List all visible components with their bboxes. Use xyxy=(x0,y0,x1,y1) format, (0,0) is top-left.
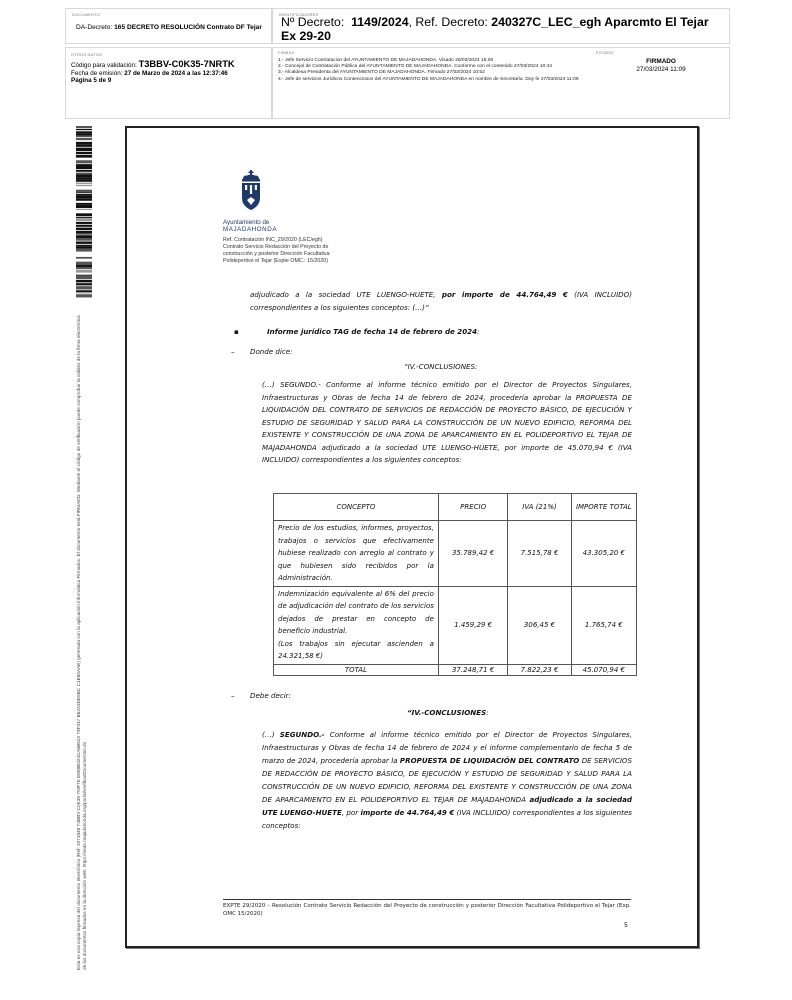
firmas-label: FIRMAS xyxy=(278,50,294,55)
col-iva: IVA (21%) xyxy=(508,494,571,521)
col-precio: PRECIO xyxy=(438,494,507,521)
logo-text-majadahonda: MAJADAHONDA xyxy=(223,226,277,233)
verification-side-text: Esta es una copia impresa del documento … xyxy=(76,310,88,970)
documento-title: DA-Decreto: 165 DECRETO RESOLUCIÓN Contr… xyxy=(76,23,266,32)
conclusiones-heading-1: “IV.-CONCLUSIONES: xyxy=(404,362,477,371)
conclusiones-heading-2: “IV.-CONCLUSIONES: xyxy=(407,708,489,717)
footer-divider xyxy=(223,899,631,900)
documento-label: DOCUMENTO xyxy=(72,12,100,17)
estado-panel: ESTADO FIRMADO 27/03/2024 11:09 xyxy=(592,47,730,119)
status-badge: FIRMADO xyxy=(646,58,676,65)
col-importe-total: IMPORTE TOTAL xyxy=(571,494,636,521)
emission-date: 27 de Marzo de 2024 a las 12:37:46 xyxy=(124,70,228,77)
firma-item: 4.- Jefe de servicios Jurídicos Contenci… xyxy=(278,77,588,83)
intro-paragraph: adjudicado a la sociedad UTE LUENGO-HUET… xyxy=(250,289,632,314)
col-concepto: CONCEPTO xyxy=(274,494,439,521)
table-header-row: CONCEPTO PRECIO IVA (21%) IMPORTE TOTAL xyxy=(274,494,637,521)
decreto-identifier: Nº Decreto: 1149/2024, Ref. Decreto: 240… xyxy=(281,16,721,43)
document-page: Ayuntamiento de MAJADAHONDA Ref. Contrat… xyxy=(125,126,699,948)
otros-datos-panel: OTROS DATOS Código para validación: T3BB… xyxy=(65,47,272,119)
documento-panel: DOCUMENTO DA-Decreto: 165 DECRETO RESOLU… xyxy=(65,8,272,44)
page-indicator: Página 5 de 9 xyxy=(71,77,111,84)
coat-of-arms-icon xyxy=(238,170,264,210)
dash-icon: – xyxy=(231,347,235,356)
otros-datos-content: Código para validación: T3BBV-C0K35-7NRT… xyxy=(71,61,271,85)
debe-decir-label: Debe decir: xyxy=(250,691,291,700)
table-total-row: TOTAL 37.248,71 € 7.822,23 € 45.070,94 € xyxy=(274,664,637,675)
segundo-paragraph-corrected: (…) SEGUNDO.- Conforme al informe técnic… xyxy=(262,728,632,832)
estado-content: FIRMADO 27/03/2024 11:09 xyxy=(602,58,720,73)
estado-label: ESTADO xyxy=(596,50,613,55)
dash-icon: – xyxy=(231,691,235,700)
donde-dice-label: Donde dice: xyxy=(250,347,293,356)
bullet-square-icon: ▪ xyxy=(234,327,239,336)
status-date: 27/03/2024 11:09 xyxy=(602,66,720,74)
footer-text: EXPTE 29/2020 – Resolución Contrato Serv… xyxy=(223,902,631,918)
firmas-panel: FIRMAS 1.- Jefe Servicio Contratacion de… xyxy=(272,47,592,119)
validation-code: T3BBV-C0K35-7NRTK xyxy=(139,59,235,69)
page-number: 5 xyxy=(624,922,628,929)
otros-datos-label: OTROS DATOS xyxy=(71,52,102,57)
reference-block: Ref. Contratación INC_29/2020 (LEC/egh) … xyxy=(223,237,373,265)
table-row: Indemnización equivalente al 6% del prec… xyxy=(274,586,637,664)
concepts-table: CONCEPTO PRECIO IVA (21%) IMPORTE TOTAL … xyxy=(273,493,637,676)
bullet-heading: Informe jurídico TAG de fecha 14 de febr… xyxy=(267,327,479,336)
segundo-paragraph-original: (…) SEGUNDO.- Conforme al informe técnic… xyxy=(262,379,632,467)
barcode-icon xyxy=(76,126,92,298)
logo-text-ayuntamiento: Ayuntamiento de xyxy=(223,219,269,226)
table-row: Precio de los estudios, informes, proyec… xyxy=(274,521,637,587)
firmas-list: 1.- Jefe Servicio Contratacion del AYUNT… xyxy=(278,58,588,83)
identificadores-panel: IDENTIFICADORES Nº Decreto: 1149/2024, R… xyxy=(272,8,730,44)
